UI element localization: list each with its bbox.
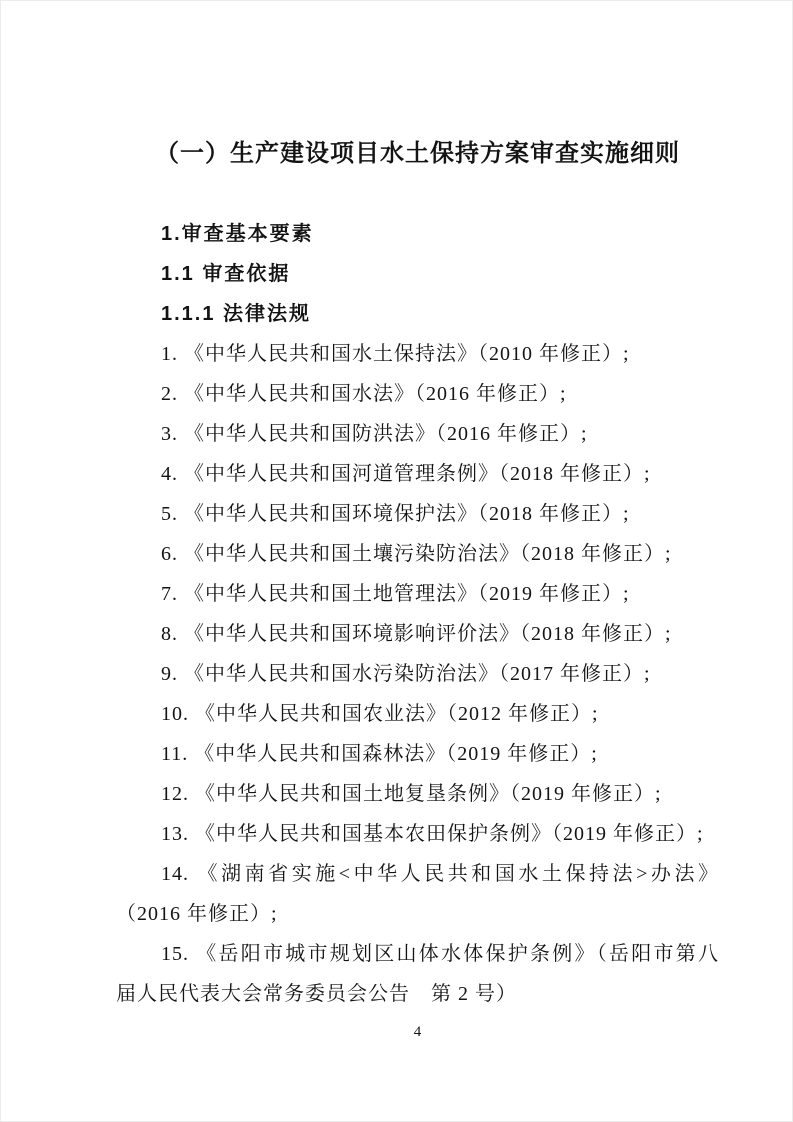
law-item-15-line-1: 15. 《岳阳市城市规划区山体水体保护条例》（岳阳市第八: [116, 939, 719, 969]
law-item-14-line-2: （2016 年修正）;: [116, 899, 719, 929]
law-item-11: 11. 《中华人民共和国森林法》（2019 年修正）;: [116, 739, 719, 769]
law-item-10: 10. 《中华人民共和国农业法》（2012 年修正）;: [116, 699, 719, 729]
document-title: （一）生产建设项目水土保持方案审查实施细则: [116, 137, 719, 171]
heading-level-1: 1.审查基本要素: [116, 219, 719, 249]
law-item-14-line-1: 14. 《湖南省实施<中华人民共和国水土保持法>办法》: [116, 859, 719, 889]
page-number: 4: [116, 1021, 719, 1043]
law-item-9: 9. 《中华人民共和国水污染防治法》（2017 年修正）;: [116, 659, 719, 689]
law-item-2: 2. 《中华人民共和国水法》（2016 年修正）;: [116, 379, 719, 409]
law-item-6: 6. 《中华人民共和国土壤污染防治法》（2018 年修正）;: [116, 539, 719, 569]
heading-level-3: 1.1.1 法律法规: [116, 299, 719, 329]
heading-level-2: 1.1 审查依据: [116, 259, 719, 289]
law-item-7: 7. 《中华人民共和国土地管理法》（2019 年修正）;: [116, 579, 719, 609]
law-item-3: 3. 《中华人民共和国防洪法》（2016 年修正）;: [116, 419, 719, 449]
document-page: （一）生产建设项目水土保持方案审查实施细则 1.审查基本要素 1.1 审查依据 …: [0, 0, 793, 1122]
law-item-13: 13. 《中华人民共和国基本农田保护条例》（2019 年修正）;: [116, 819, 719, 849]
law-item-8: 8. 《中华人民共和国环境影响评价法》（2018 年修正）;: [116, 619, 719, 649]
law-item-4: 4. 《中华人民共和国河道管理条例》（2018 年修正）;: [116, 459, 719, 489]
law-item-15-line-2: 届人民代表大会常务委员会公告 第 2 号）: [116, 979, 719, 1009]
law-item-1: 1. 《中华人民共和国水土保持法》（2010 年修正）;: [116, 339, 719, 369]
law-item-5: 5. 《中华人民共和国环境保护法》（2018 年修正）;: [116, 499, 719, 529]
law-item-12: 12. 《中华人民共和国土地复垦条例》（2019 年修正）;: [116, 779, 719, 809]
